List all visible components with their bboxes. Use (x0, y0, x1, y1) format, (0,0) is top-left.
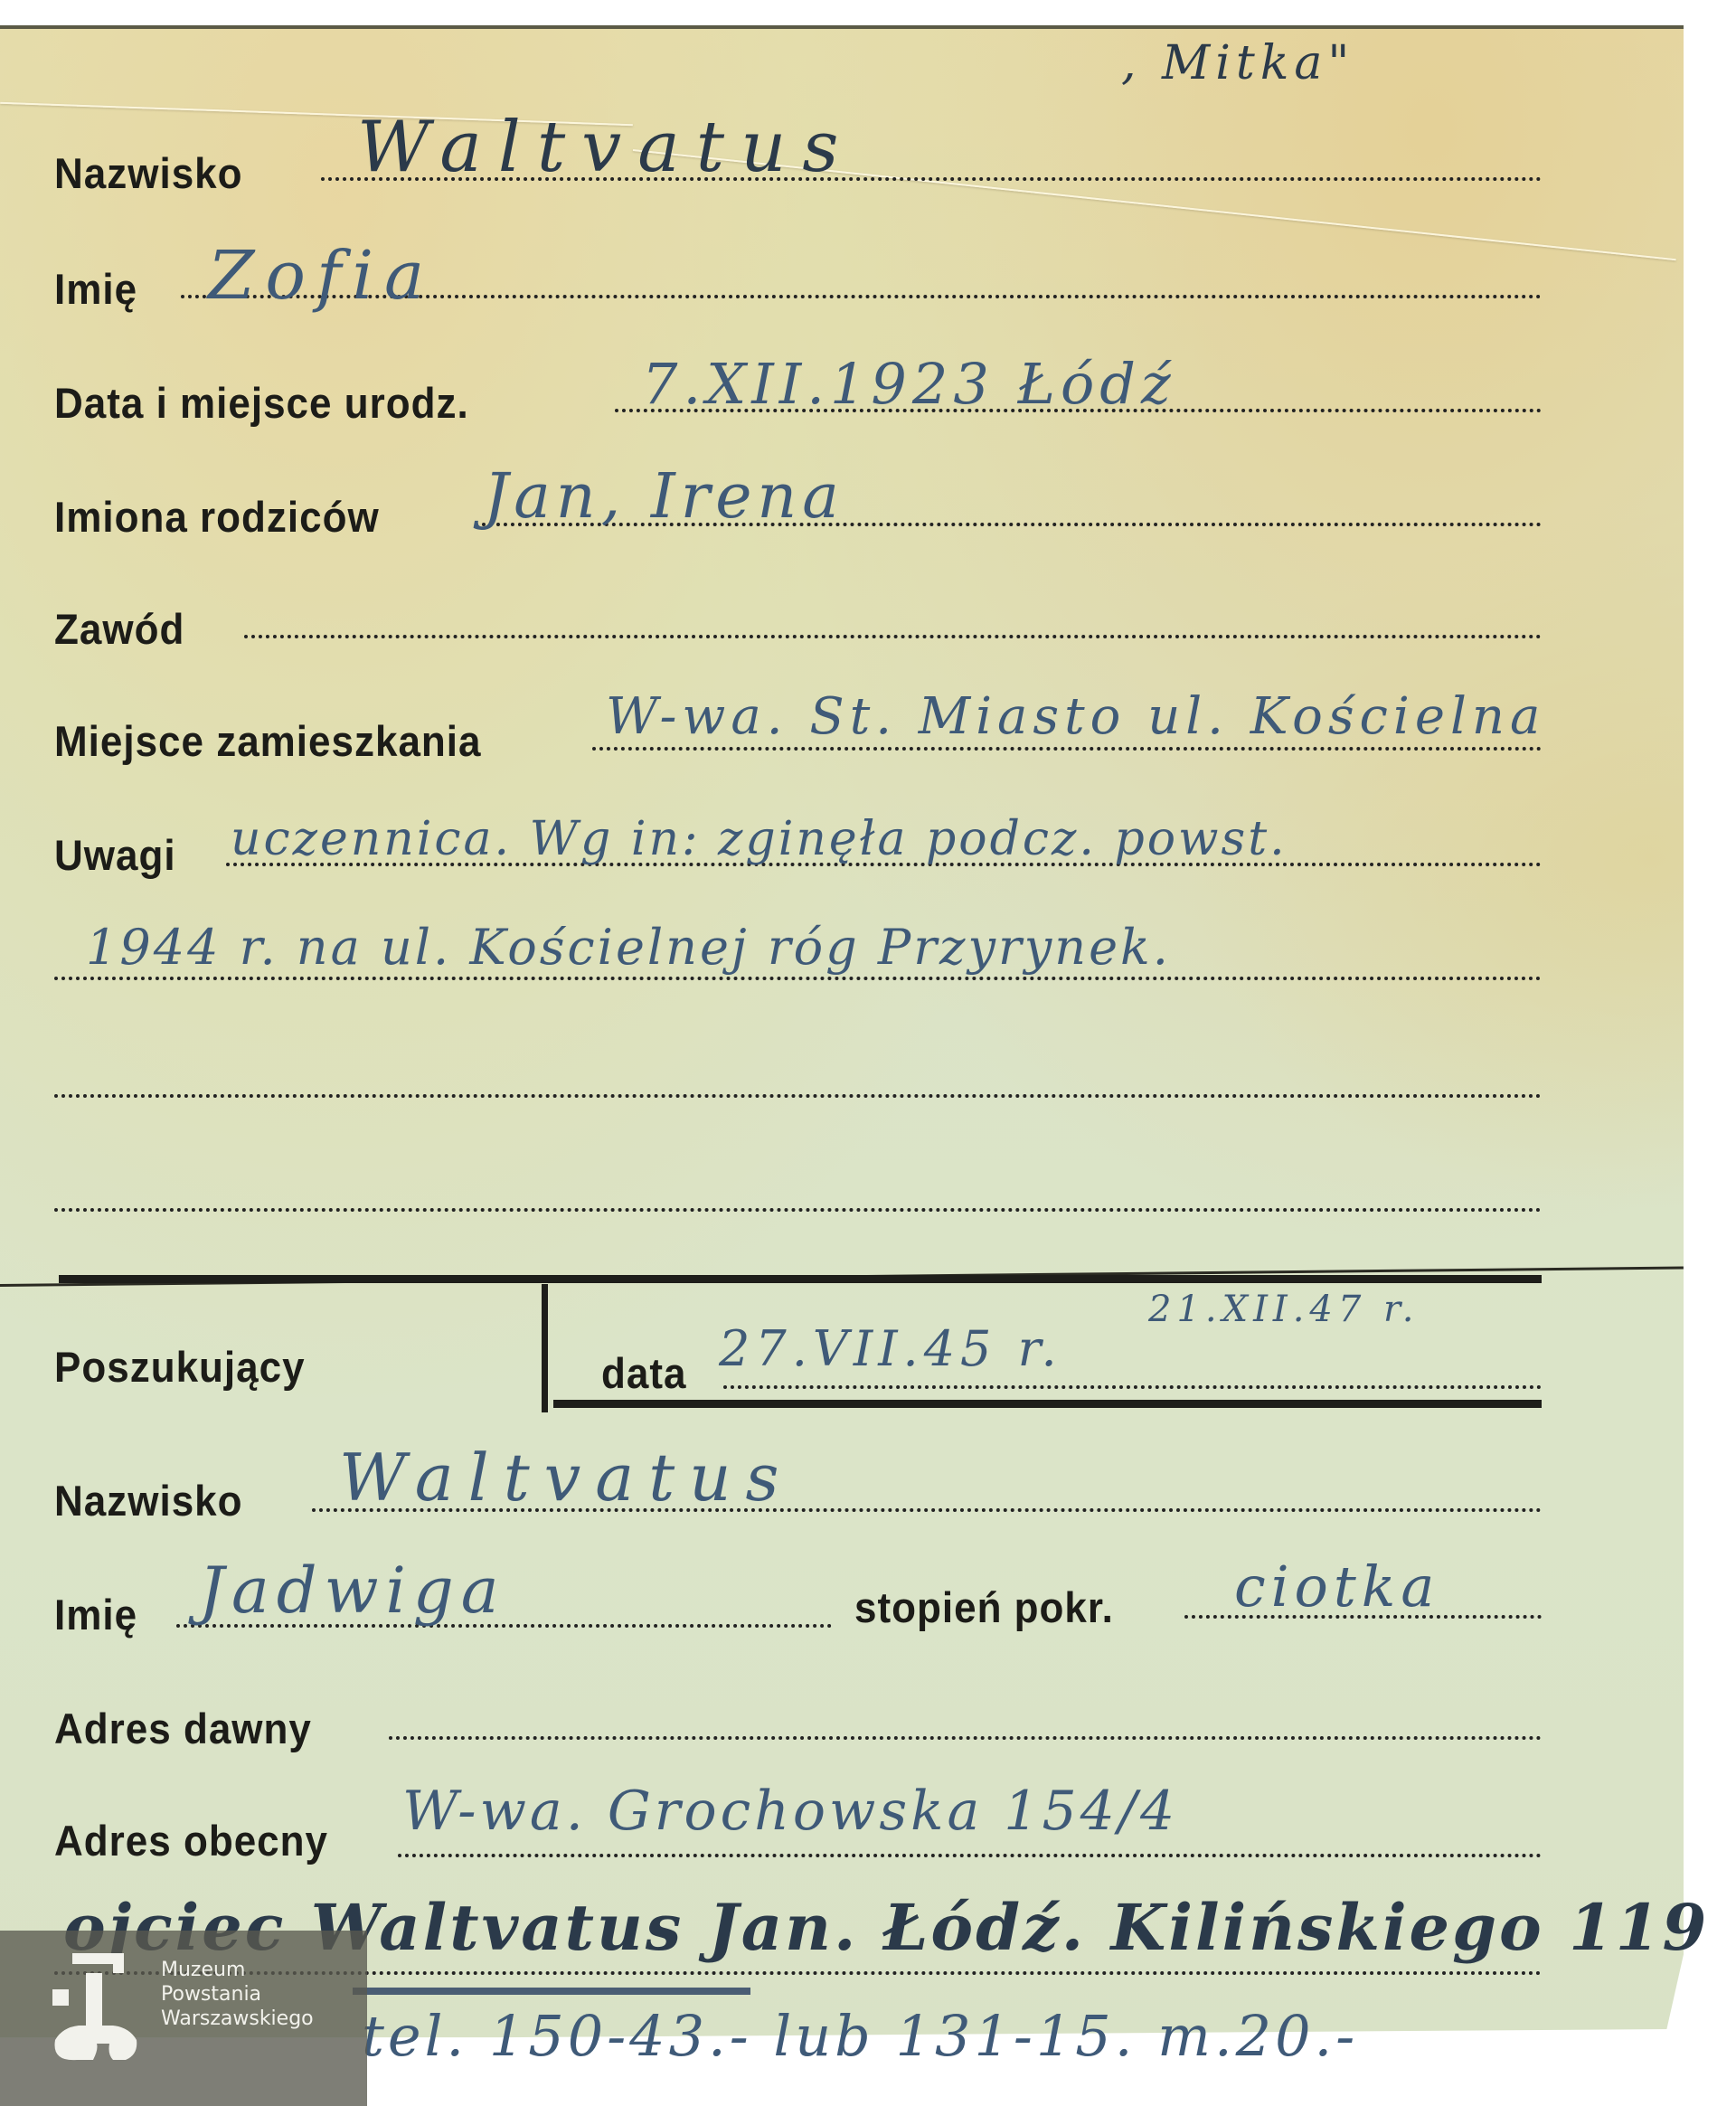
seeker-label-current-address: Adres obecny (54, 1818, 328, 1866)
seeker-value-kinship[interactable]: ciotka (1234, 1554, 1439, 1620)
field-label-parents: Imiona rodziców (54, 494, 380, 543)
field-label-occupation: Zawód (54, 606, 184, 655)
field-line-notes-2 (54, 977, 1542, 980)
field-value-first-name[interactable]: Zofia (208, 237, 435, 315)
date-box-vertical-rule (542, 1284, 548, 1412)
kotwica-anchor-icon (50, 1953, 140, 2062)
field-value-birth[interactable]: 7.XII.1923 Łódź (642, 351, 1176, 417)
field-label-notes: Uwagi (54, 832, 176, 881)
seeker-line-current-address (398, 1854, 1542, 1857)
date-value[interactable]: 27.VII.45 r. (719, 1320, 1062, 1377)
museum-name-line: Powstania (161, 1982, 314, 2007)
field-line-notes-4 (54, 1208, 1542, 1212)
field-value-parents[interactable]: Jan, Irena (484, 461, 844, 533)
seeker-value-first-name[interactable]: Jadwiga (199, 1554, 505, 1628)
museum-name-line: Muzeum (161, 1958, 314, 1982)
handwritten-underline (353, 1988, 750, 1995)
field-value-residence[interactable]: W-wa. St. Miasto ul. Kościelna (606, 687, 1545, 746)
seeker-value-surname[interactable]: Waltvatus (339, 1440, 794, 1516)
seeker-label-old-address: Adres dawny (54, 1705, 312, 1754)
seeker-value-current-address[interactable]: W-wa. Grochowska 154/4 (402, 1780, 1178, 1843)
seeker-heading: Poszukujący (54, 1344, 306, 1393)
field-line-occupation (244, 635, 1542, 638)
field-value-surname[interactable]: Waltvatus (357, 107, 854, 188)
field-value-notes-2[interactable]: 1944 r. na ul. Kościelnej róg Przyrynek. (86, 919, 1171, 976)
museum-watermark: Muzeum Powstania Warszawskiego (0, 1931, 367, 2106)
nickname-annotation: , Mitka" (1121, 36, 1354, 90)
museum-name-line: Warszawskiego (161, 2007, 314, 2031)
seeker-line-old-address (389, 1736, 1542, 1740)
date-annotation: 21.XII.47 r. (1148, 1289, 1419, 1330)
field-label-residence: Miejsce zamieszkania (54, 718, 481, 767)
section-divider (59, 1275, 1542, 1283)
seeker-label-first-name: Imię (54, 1591, 137, 1640)
field-label-birth: Data i miejsce urodz. (54, 380, 469, 429)
field-line-notes-3 (54, 1094, 1542, 1098)
museum-name: Muzeum Powstania Warszawskiego (161, 1958, 314, 2031)
date-line (723, 1385, 1542, 1389)
field-label-first-name: Imię (54, 266, 137, 315)
date-box-bottom-rule (553, 1400, 1542, 1408)
seeker-label-kinship: stopień pokr. (854, 1584, 1114, 1633)
field-line-residence (592, 747, 1542, 751)
seeker-extra-phone[interactable]: tel. 150-43.- lub 131-15. m.20.- (362, 2003, 1358, 2069)
field-label-surname: Nazwisko (54, 150, 243, 199)
field-value-notes-1[interactable]: uczennica. Wg in: zginęła podcz. powst. (231, 812, 1288, 866)
date-label: data (601, 1350, 686, 1399)
seeker-label-surname: Nazwisko (54, 1478, 243, 1526)
